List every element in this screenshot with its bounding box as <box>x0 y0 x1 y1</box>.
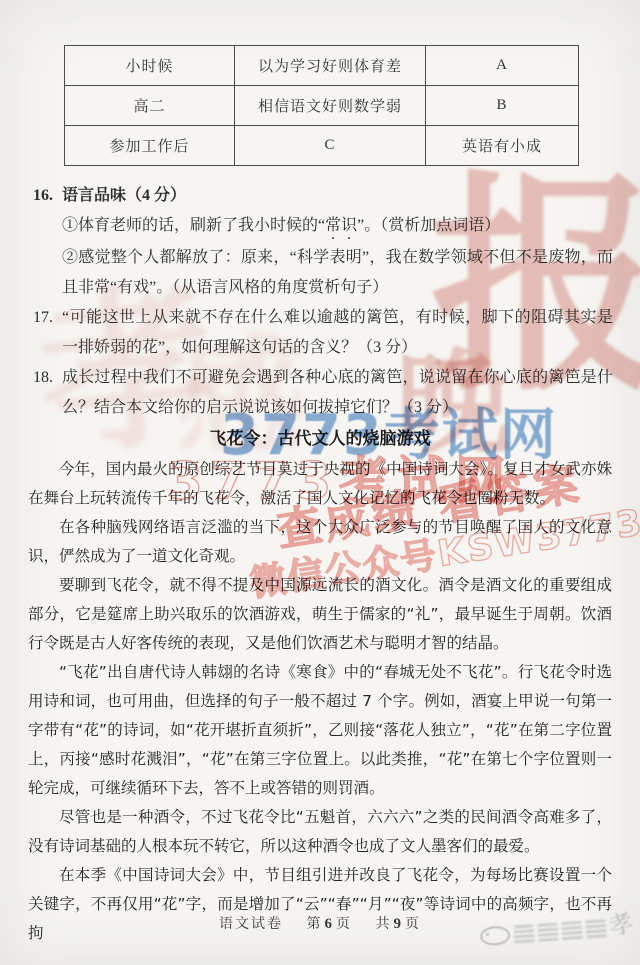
footer-total-prefix: 共 <box>376 917 392 932</box>
table-cell: 以为学习好则体育差 <box>235 46 426 86</box>
question-number: 18. <box>33 363 53 393</box>
comparison-table: 小时候 以为学习好则体育差 A 高二 相信语文好则数学弱 B 参加工作后 C 英… <box>64 45 579 166</box>
question-title: 语言品味（4 分） <box>62 187 186 204</box>
table-row: 参加工作后 C 英语有小成 <box>65 126 579 166</box>
footer-title: 语文试卷 <box>219 917 283 932</box>
item-text: ①体育老师的话，刷新了我小时候的“ <box>62 217 325 234</box>
passage-paragraph: 尽管也是一种酒令，不过飞花令比“五魁首，六六六”之类的民间酒令高难多了，没有诗词… <box>28 803 612 861</box>
exam-paper-page: 小时候 以为学习好则体育差 A 高二 相信语文好则数学弱 B 参加工作后 C 英… <box>0 0 640 965</box>
table-row: 小时候 以为学习好则体育差 A <box>65 46 579 86</box>
question-text: 成长过程中我们不可避免会遇到各种心底的篱笆，说说留在你心底的篱笆是什么？结合本文… <box>62 363 613 423</box>
footer-total-suffix: 页 <box>405 917 421 932</box>
question-16-title-line: 16. 语言品味（4 分） <box>62 181 613 211</box>
passage-title: 飞花令：古代文人的烧脑游戏 <box>28 424 612 454</box>
table-cell: 英语有小成 <box>426 126 579 166</box>
table-cell: B <box>426 86 579 126</box>
question-number: 17. <box>33 303 53 333</box>
passage-paragraph: 要聊到飞花令，就不得不提及中国源远流长的酒文化。酒令是酒文化的重要组成部分，它是… <box>28 571 612 658</box>
footer-total-number: 9 <box>394 916 404 932</box>
table-cell: A <box>426 46 579 86</box>
question-16-item-2: ②感觉整个人都解放了：原来，“科学表明”，我在数学领域不但不是废物，而且非常“有… <box>62 243 613 303</box>
table-cell: 小时候 <box>65 46 235 86</box>
questions-block: 16. 语言品味（4 分） ①体育老师的话，刷新了我小时候的“常识”。（赏析加点… <box>33 181 613 423</box>
footer-page-prefix: 第 <box>307 917 323 932</box>
table-cell: 高二 <box>65 86 235 126</box>
table-cell: 相信语文好则数学弱 <box>235 86 426 126</box>
question-text: “可能这世上从来就不存在什么难以逾越的篱笆，有时候，脚下的阻碍其实是一排娇弱的花… <box>62 303 613 363</box>
item-text: ”。（赏析加点词语） <box>357 217 500 234</box>
passage-paragraph: “飞花”出自唐代诗人韩翃的名诗《寒食》中的“春城无处不飞花”。行飞花令时选用诗和… <box>28 658 612 803</box>
emphasized-word: 常识 <box>325 217 357 234</box>
table-cell: 参加工作后 <box>65 126 235 166</box>
passage-paragraph: 今年，国内最火的原创综艺节目莫过于央视的《中国诗词大会》。复旦才女武亦姝在舞台上… <box>28 455 612 513</box>
question-16: 16. 语言品味（4 分） ①体育老师的话，刷新了我小时候的“常识”。（赏析加点… <box>33 181 613 303</box>
question-16-item-1: ①体育老师的话，刷新了我小时候的“常识”。（赏析加点词语） <box>62 211 613 243</box>
question-17: 17. “可能这世上从来就不存在什么难以逾越的篱笆，有时候，脚下的阻碍其实是一排… <box>33 303 613 363</box>
footer-page-number: 6 <box>325 916 335 932</box>
question-18: 18. 成长过程中我们不可避免会遇到各种心底的篱笆，说说留在你心底的篱笆是什么？… <box>33 363 613 423</box>
question-number: 16. <box>33 181 53 211</box>
table-cell: C <box>235 126 426 166</box>
passage-paragraph: 在本季《中国诗词大会》中，节目组引进并改良了飞花令，为每场比赛设置一个关键字，不… <box>28 861 612 948</box>
page-footer: 语文试卷 第6页 共9页 <box>0 913 640 933</box>
table-row: 高二 相信语文好则数学弱 B <box>65 86 579 126</box>
footer-page-suffix: 页 <box>336 917 352 932</box>
passage-paragraph: 在各种脑残网络语言泛滥的当下，这个大众广泛参与的节目唤醒了国人的文化意识，俨然成… <box>28 513 612 571</box>
reading-passage: 飞花令：古代文人的烧脑游戏 今年，国内最火的原创综艺节目莫过于央视的《中国诗词大… <box>28 424 612 948</box>
